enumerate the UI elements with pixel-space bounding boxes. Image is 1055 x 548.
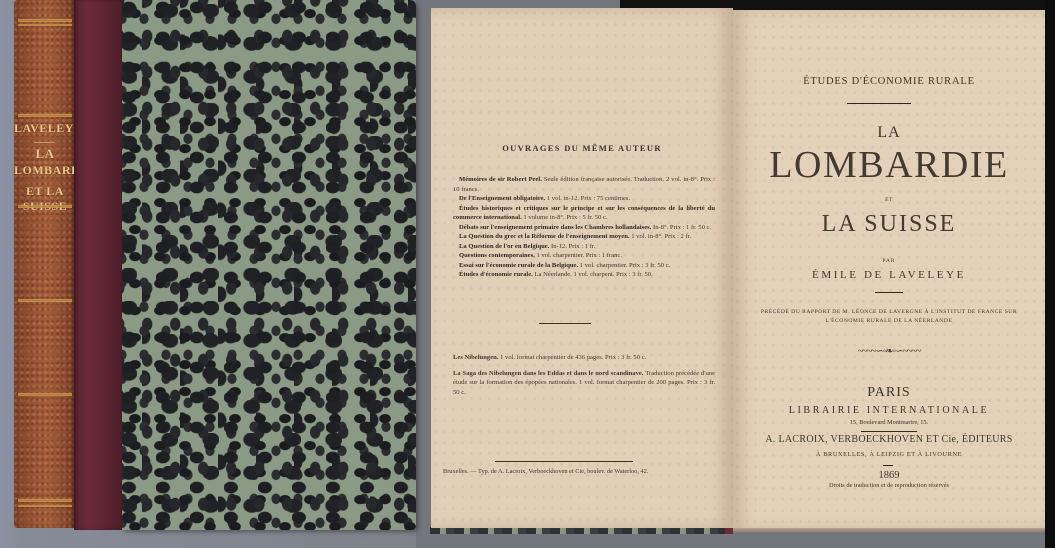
work-details: 1 vol. in-8°. Prix : 2 fr. xyxy=(631,233,691,240)
title-article: LA xyxy=(733,124,1045,142)
spine-title-line1: LA xyxy=(14,146,76,162)
spine-gilt-band xyxy=(18,205,72,208)
work-entry: Études historiques et critiques sur le p… xyxy=(453,204,715,223)
work-title: Essai sur l'économie rurale de la Belgiq… xyxy=(459,262,578,269)
spine-gilt-band xyxy=(18,19,72,22)
subtitle: LA SUISSE xyxy=(733,211,1045,238)
section-rule xyxy=(539,323,591,324)
imprint-rule xyxy=(861,431,917,432)
publisher-name: LIBRAIRIE INTERNATIONALE xyxy=(733,405,1045,416)
work-details: 1 volume in-8°. Prix : 5 fr. 50 c. xyxy=(523,214,607,221)
spine-gilt-band xyxy=(18,505,72,507)
work-entry: La Saga des Nibelungen dans les Eddas et… xyxy=(453,369,715,398)
work-title: Études d'économie rurale. xyxy=(459,271,533,278)
by-label: PAR xyxy=(733,258,1045,264)
work-entry: De l'Enseignement obligatoire. 1 vol. in… xyxy=(453,194,715,204)
rights-notice: Droits de traduction et de reproduction … xyxy=(733,482,1045,489)
work-entry: Essai sur l'économie rurale de la Belgiq… xyxy=(453,261,715,271)
work-entry: Débats sur l'enseignement primaire dans … xyxy=(453,223,715,233)
spine-gilt-band xyxy=(18,24,72,26)
author-name: ÉMILE DE LAVELEYE xyxy=(733,269,1045,281)
title-rule xyxy=(847,103,911,104)
work-entry: Études d'économie rurale. La Néerlande. … xyxy=(453,270,715,280)
spine-gilt-band xyxy=(18,393,72,396)
author-rule xyxy=(875,292,903,293)
closed-book: LAVELEYE —— LA LOMBARDIE ET LA SUISSE xyxy=(14,0,416,530)
work-details: 1 vol. charpentier. Prix : 1 franc. xyxy=(536,252,622,259)
publisher-address: 15, Boulevard Montmartre, 15. xyxy=(733,419,1045,426)
preface-line1: PRÉCÉDÉ DU RAPPORT DE M. LÉONCE DE LAVER… xyxy=(755,308,1023,317)
printer-rule xyxy=(495,461,633,462)
work-entry: Les Nibelungen. 1 vol. format charpentie… xyxy=(453,353,715,363)
work-details: La Néerlande. 1 vol. charpent. Prix : 3 … xyxy=(534,271,652,278)
imprint-city: PARIS xyxy=(733,385,1045,401)
work-title: Mémoires de sir Robert Peel. xyxy=(459,176,542,183)
work-details: In-8°. Prix : 1 fr. 50 c. xyxy=(653,224,711,231)
spine-author: LAVELEYE xyxy=(14,121,76,136)
marbled-cover-board xyxy=(122,0,416,530)
title-conjunction: ET xyxy=(733,197,1045,203)
spine-gilt-band xyxy=(18,499,72,502)
work-title: La Saga des Nibelungen dans les Eddas et… xyxy=(453,370,643,377)
year-rule xyxy=(883,465,893,466)
work-title: Débats sur l'enseignement primaire dans … xyxy=(459,224,651,231)
page-bottom-shadow xyxy=(733,528,1045,534)
spine-title-line3: ET LA SUISSE xyxy=(14,184,76,214)
work-title: De l'Enseignement obligatoire. xyxy=(459,195,545,202)
right-edge-shadow xyxy=(1045,0,1055,548)
work-title: La Question de l'or en Belgique. xyxy=(459,243,549,250)
work-details: 1 vol. in-12. Prix : 75 centimes. xyxy=(547,195,630,202)
fleuron-ornament-icon: ~~~~∽◦❧◦∽~~~~ xyxy=(733,346,1045,357)
work-title: Les Nibelungen. xyxy=(453,354,498,361)
spine-gilt-band xyxy=(18,299,72,302)
printer-imprint: Bruxelles. — Typ. de A. Lacroix, Verboec… xyxy=(443,468,733,475)
work-entry: Mémoires de sir Robert Peel. Seule éditi… xyxy=(453,175,715,194)
cover-cloth-strip xyxy=(74,0,124,530)
works-list-2: Les Nibelungen. 1 vol. format charpentie… xyxy=(453,346,715,404)
editor-cities: À BRUXELLES, À LEIPZIG ET À LIVOURNE xyxy=(733,451,1045,458)
work-title: La Question du grec et la Réforme de l'e… xyxy=(459,233,630,240)
open-book-cover-edge xyxy=(430,527,760,534)
verso-page: OUVRAGES DU MÊME AUTEUR Mémoires de sir … xyxy=(431,8,733,528)
work-entry: Questions contemporaines, 1 vol. charpen… xyxy=(453,251,715,261)
main-title: LOMBARDIE xyxy=(733,143,1045,187)
work-entry: La Question de l'or en Belgique. In-12. … xyxy=(453,242,715,252)
work-entry: La Question du grec et la Réforme de l'e… xyxy=(453,232,715,242)
book-spine: LAVELEYE —— LA LOMBARDIE ET LA SUISSE xyxy=(14,0,76,528)
editors-line: A. LACROIX, VERBOECKHOVEN ET Cie, ÉDITEU… xyxy=(733,434,1045,445)
works-list: Mémoires de sir Robert Peel. Seule éditi… xyxy=(453,175,715,280)
work-details: 1 vol. format charpentier de 436 pages. … xyxy=(500,354,646,361)
work-details: In-12. Prix : 1 fr. xyxy=(551,243,595,250)
preface-note: PRÉCÉDÉ DU RAPPORT DE M. LÉONCE DE LAVER… xyxy=(733,308,1045,326)
spine-gilt-band xyxy=(18,114,72,117)
work-title: Questions contemporaines, xyxy=(459,252,535,259)
spine-title-line2: LOMBARDIE xyxy=(14,163,76,178)
series-title: ÉTUDES D'ÉCONOMIE RURALE xyxy=(733,76,1045,87)
works-heading: OUVRAGES DU MÊME AUTEUR xyxy=(431,143,733,153)
preface-line2: L'ÉCONOMIE RURALE DE LA NÉERLANDE xyxy=(755,317,1023,326)
work-details: 1 vol. charpentier. Prix : 3 fr. 50 c. xyxy=(580,262,670,269)
publication-year: 1869 xyxy=(733,470,1045,481)
title-page: ÉTUDES D'ÉCONOMIE RURALE LA LOMBARDIE ET… xyxy=(733,10,1045,530)
